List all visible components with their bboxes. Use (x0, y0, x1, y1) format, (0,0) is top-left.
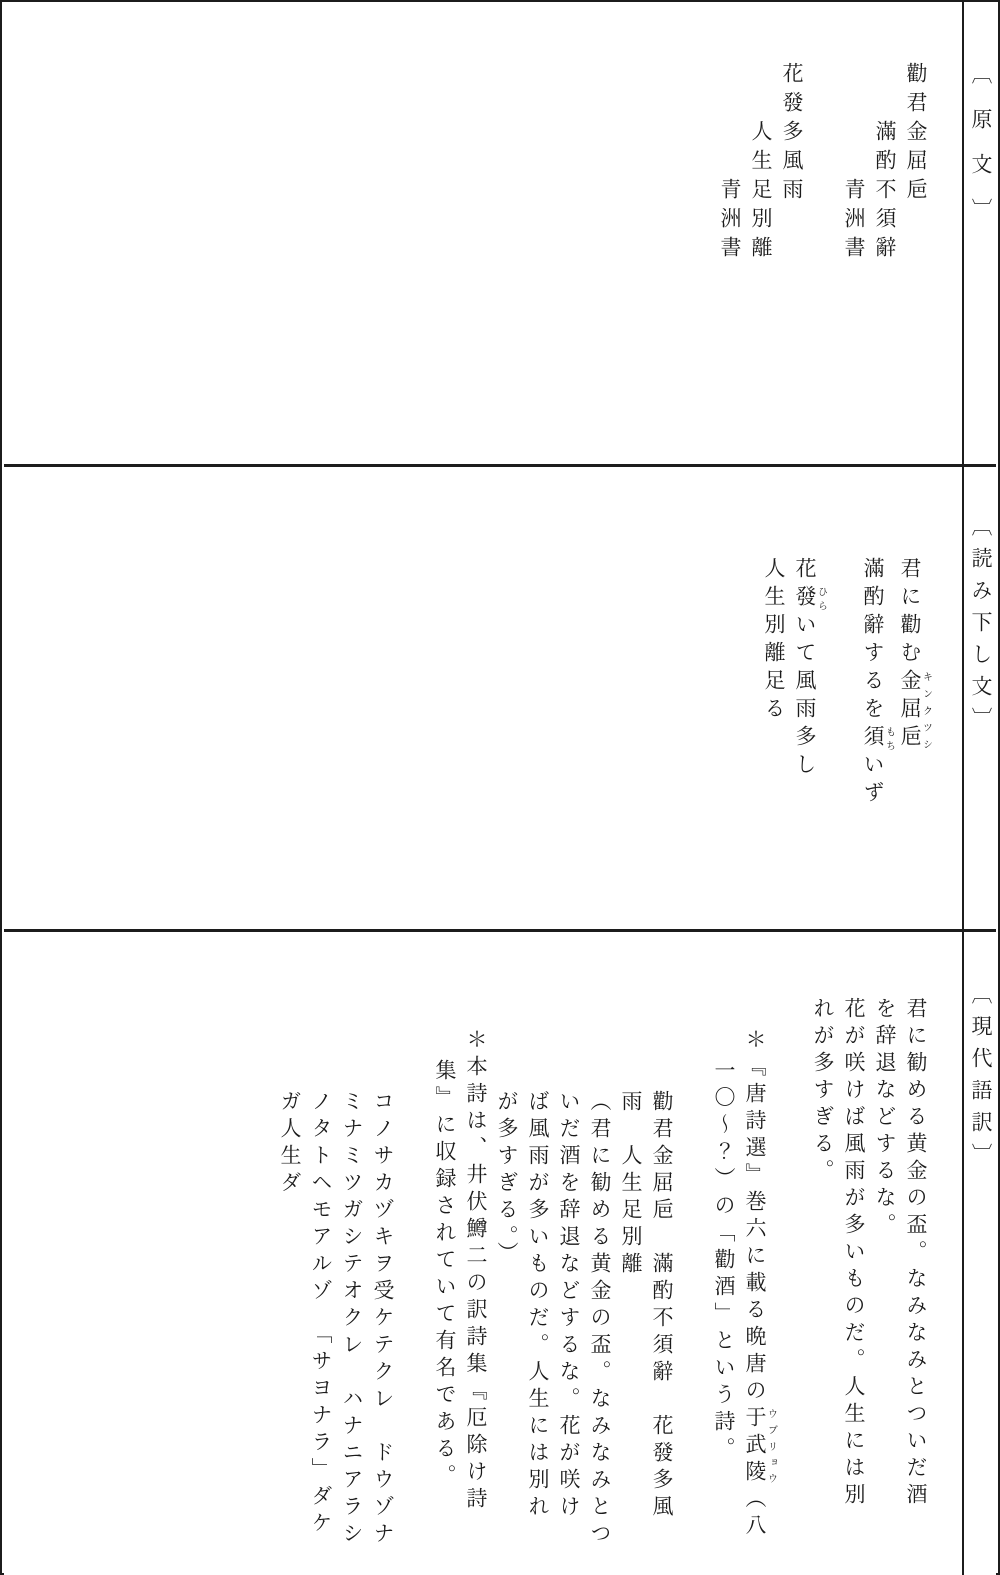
section-original-text: 勸君金屈巵滿酌不須辭青洲書 花發多風雨人生足別離青洲書 〔原文〕 (4, 2, 996, 467)
blank-line (677, 997, 708, 1575)
ruby-base: 須もち (861, 725, 885, 753)
text-line: いだ酒を辞退などするな。花が咲け (553, 997, 584, 1575)
original-text-body: 勸君金屈巵滿酌不須辭青洲書 花發多風雨人生足別離青洲書 (4, 2, 962, 464)
gendaigoyaku-body: 君に勧める黄金の盃。なみなみとついだ酒を辞退などするな。花が咲けば風雨が多いもの… (4, 932, 962, 1575)
text-line: ミナミツガシテオクレ ハナニアラシ (336, 997, 367, 1575)
section-title-gendaigoyaku: 〔現代語訳〕 (966, 983, 996, 1175)
ruby-base: 發ひら (793, 585, 817, 613)
blank-line (776, 997, 807, 1575)
text-line: コノサカヅキヲ受ケテクレ ドウゾナ (367, 997, 398, 1575)
furigana: もち (884, 725, 895, 753)
text-line: が多すぎる。） (491, 997, 522, 1575)
text-line: （君に勧める黄金の盃。なみなみとつ (584, 997, 615, 1575)
text-line: 青洲書 (714, 62, 745, 464)
text-line: 花發多風雨 (776, 62, 807, 464)
text-line: 君に勧める黄金の盃。なみなみとついだ酒 (900, 997, 931, 1575)
text-line: 人生別離足る (758, 557, 789, 929)
text-line: ノタトヘモアルゾ 「サヨナラ」ダケ (305, 997, 336, 1575)
blank-line (826, 557, 857, 929)
section-yomikudashi: 君に勸む金屈巵キンクツシ滿酌辭するを須もちいず 花發ひらいて風雨多し人生別離足る… (4, 467, 996, 932)
text-line: 青洲書 (838, 62, 869, 464)
furigana: キンクツシ (921, 669, 932, 753)
text-line: 滿酌不須辭 (869, 62, 900, 464)
yomikudashi-body: 君に勸む金屈巵キンクツシ滿酌辭するを須もちいず 花發ひらいて風雨多し人生別離足る (4, 467, 962, 929)
section-header-original: 〔原文〕 (962, 2, 996, 464)
text-line: ガ人生ダ (274, 997, 305, 1575)
section-gendaigoyaku: 君に勧める黄金の盃。なみなみとついだ酒を辞退などするな。花が咲けば風雨が多いもの… (4, 932, 996, 1575)
text-line: 雨 人生足別離 (615, 997, 646, 1575)
furigana: ウブリョウ (766, 1406, 777, 1487)
text-line: を辞退などするな。 (869, 997, 900, 1575)
text-line: 一〇〜？）の「勸酒」という詩。 (708, 997, 739, 1575)
blank-line (807, 62, 838, 464)
ruby-base: 金屈巵キンクツシ (898, 669, 922, 753)
text-line: 滿酌辭するを須もちいず (857, 557, 894, 929)
section-header-gendaigoyaku: 〔現代語訳〕 (962, 932, 996, 1575)
section-header-yomikudashi: 〔読み下し文〕 (962, 467, 996, 929)
worksheet-page: 勸君金屈巵滿酌不須辭青洲書 花發多風雨人生足別離青洲書 〔原文〕 君に勸む金屈巵… (0, 0, 1000, 1575)
text-line: 人生足別離 (745, 62, 776, 464)
text-line: れが多すぎる。 (807, 997, 838, 1575)
text-line: 花が咲けば風雨が多いものだ。人生には別 (838, 997, 869, 1575)
text-line: ＊『唐詩選』巻六に載る晩唐の于武陵ウブリョウ（八 (739, 997, 776, 1575)
text-line: 集』に収録されていて有名である。 (429, 997, 460, 1575)
text-line: ＊本詩は、井伏鱒二の訳詩集『厄除け詩 (460, 997, 491, 1575)
ruby-base: 于武陵ウブリョウ (743, 1406, 767, 1487)
section-title-yomikudashi: 〔読み下し文〕 (966, 515, 996, 739)
text-line: 花發ひらいて風雨多し (789, 557, 826, 929)
text-line: 君に勸む金屈巵キンクツシ (894, 557, 931, 929)
text-line: 勸君金屈巵 滿酌不須辭 花發多風 (646, 997, 677, 1575)
text-line: 勸君金屈巵 (900, 62, 931, 464)
text-line: ば風雨が多いものだ。人生には別れ (522, 997, 553, 1575)
section-title-original: 〔原文〕 (966, 63, 996, 243)
furigana: ひら (816, 585, 827, 613)
blank-line (398, 997, 429, 1575)
